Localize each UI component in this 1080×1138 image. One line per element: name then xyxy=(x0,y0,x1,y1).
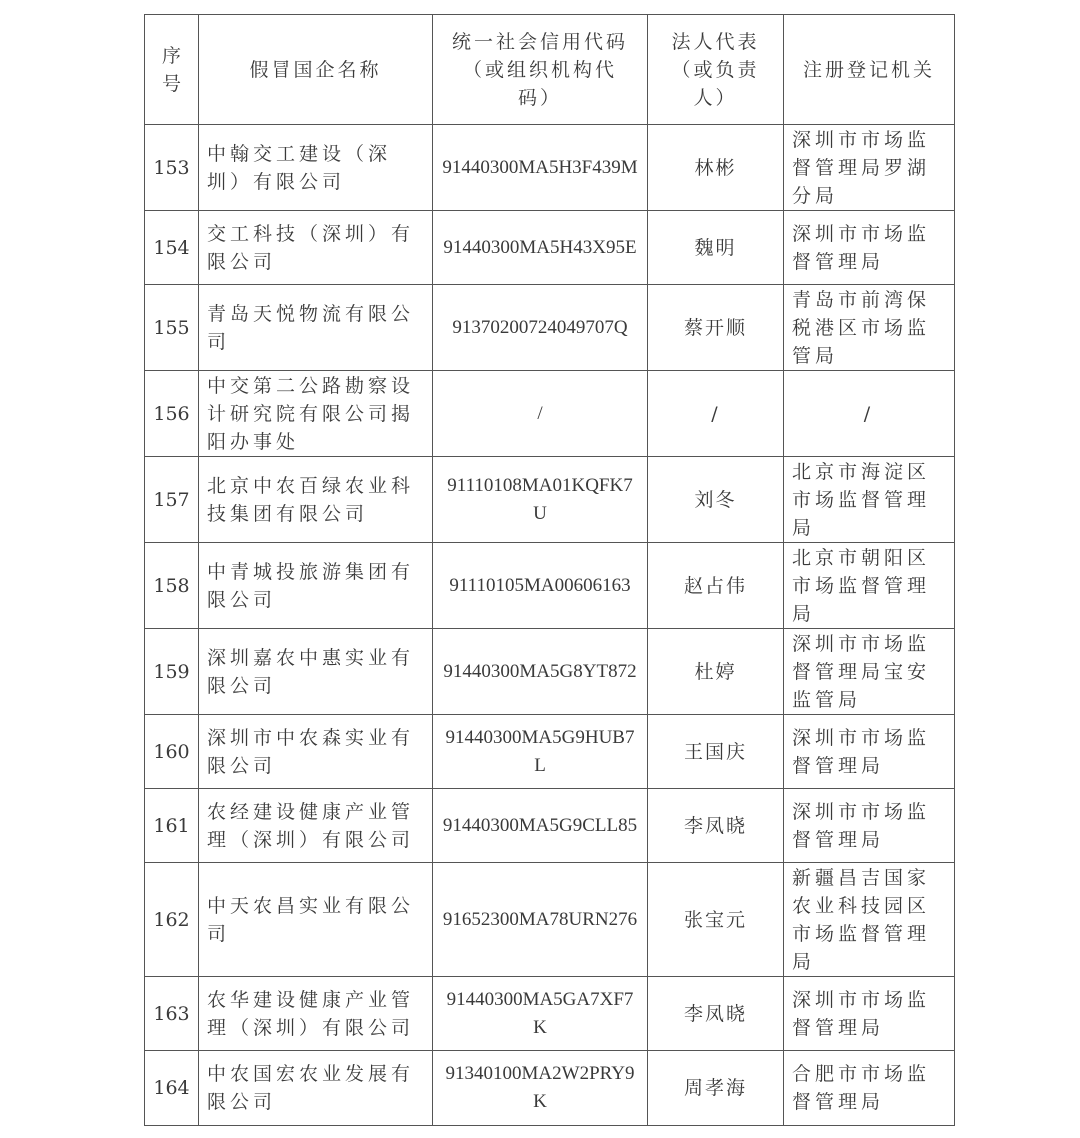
table-row: 161 农经建设健康产业管理（深圳）有限公司 91440300MA5G9CLL8… xyxy=(145,789,955,863)
legal-rep: 周孝海 xyxy=(648,1051,784,1126)
company-name: 中交第二公路勘察设计研究院有限公司揭阳办事处 xyxy=(199,371,433,457)
credit-code: 91440300MA5G9HUB7L xyxy=(433,715,648,789)
row-number: 154 xyxy=(145,211,199,285)
row-number: 153 xyxy=(145,125,199,211)
header-serial-number: 序号 xyxy=(145,15,199,125)
table-header-row: 序号 假冒国企名称 统一社会信用代码（或组织机构代码） 法人代表（或负责人） 注… xyxy=(145,15,955,125)
credit-code: 91440300MA5H3F439M xyxy=(433,125,648,211)
registration-authority: 青岛市前湾保税港区市场监管局 xyxy=(784,285,955,371)
legal-rep: 张宝元 xyxy=(648,863,784,977)
company-name: 青岛天悦物流有限公司 xyxy=(199,285,433,371)
registration-authority: 北京市朝阳区市场监督管理局 xyxy=(784,543,955,629)
legal-rep: 林彬 xyxy=(648,125,784,211)
table-row: 155 青岛天悦物流有限公司 91370200724049707Q 蔡开顺 青岛… xyxy=(145,285,955,371)
company-name: 交工科技（深圳）有限公司 xyxy=(199,211,433,285)
counterfeit-soe-table: 序号 假冒国企名称 统一社会信用代码（或组织机构代码） 法人代表（或负责人） 注… xyxy=(144,14,955,1126)
registration-authority: 深圳市市场监督管理局 xyxy=(784,211,955,285)
registration-authority: / xyxy=(784,371,955,457)
table-row: 163 农华建设健康产业管理（深圳）有限公司 91440300MA5GA7XF7… xyxy=(145,977,955,1051)
company-name: 深圳嘉农中惠实业有限公司 xyxy=(199,629,433,715)
registration-authority: 北京市海淀区市场监督管理局 xyxy=(784,457,955,543)
company-name: 北京中农百绿农业科技集团有限公司 xyxy=(199,457,433,543)
company-name: 中农国宏农业发展有限公司 xyxy=(199,1051,433,1126)
registration-authority: 深圳市市场监督管理局罗湖分局 xyxy=(784,125,955,211)
table-row: 158 中青城投旅游集团有限公司 91110105MA00606163 赵占伟 … xyxy=(145,543,955,629)
legal-rep: 蔡开顺 xyxy=(648,285,784,371)
registration-authority: 合肥市市场监督管理局 xyxy=(784,1051,955,1126)
credit-code: 91440300MA5G8YT872 xyxy=(433,629,648,715)
row-number: 160 xyxy=(145,715,199,789)
credit-code: 91440300MA5GA7XF7K xyxy=(433,977,648,1051)
row-number: 155 xyxy=(145,285,199,371)
table-row: 160 深圳市中农森实业有限公司 91440300MA5G9HUB7L 王国庆 … xyxy=(145,715,955,789)
company-name: 中天农昌实业有限公司 xyxy=(199,863,433,977)
credit-code: 91110108MA01KQFK7U xyxy=(433,457,648,543)
company-name: 深圳市中农森实业有限公司 xyxy=(199,715,433,789)
row-number: 163 xyxy=(145,977,199,1051)
row-number: 158 xyxy=(145,543,199,629)
company-name: 中翰交工建设（深圳）有限公司 xyxy=(199,125,433,211)
table-row: 162 中天农昌实业有限公司 91652300MA78URN276 张宝元 新疆… xyxy=(145,863,955,977)
legal-rep: 李凤晓 xyxy=(648,789,784,863)
credit-code: 91370200724049707Q xyxy=(433,285,648,371)
row-number: 162 xyxy=(145,863,199,977)
legal-rep: 李凤晓 xyxy=(648,977,784,1051)
row-number: 159 xyxy=(145,629,199,715)
row-number: 161 xyxy=(145,789,199,863)
credit-code: / xyxy=(433,371,648,457)
registration-authority: 深圳市市场监督管理局宝安监管局 xyxy=(784,629,955,715)
row-number: 164 xyxy=(145,1051,199,1126)
table-row: 154 交工科技（深圳）有限公司 91440300MA5H43X95E 魏明 深… xyxy=(145,211,955,285)
header-credit-code: 统一社会信用代码（或组织机构代码） xyxy=(433,15,648,125)
row-number: 157 xyxy=(145,457,199,543)
registration-authority: 新疆昌吉国家农业科技园区市场监督管理局 xyxy=(784,863,955,977)
header-legal-rep: 法人代表（或负责人） xyxy=(648,15,784,125)
header-registration-authority: 注册登记机关 xyxy=(784,15,955,125)
row-number: 156 xyxy=(145,371,199,457)
table-row: 159 深圳嘉农中惠实业有限公司 91440300MA5G8YT872 杜婷 深… xyxy=(145,629,955,715)
credit-code: 91652300MA78URN276 xyxy=(433,863,648,977)
credit-code: 91440300MA5G9CLL85 xyxy=(433,789,648,863)
header-company-name: 假冒国企名称 xyxy=(199,15,433,125)
registration-authority: 深圳市市场监督管理局 xyxy=(784,715,955,789)
company-name: 农华建设健康产业管理（深圳）有限公司 xyxy=(199,977,433,1051)
legal-rep: 刘冬 xyxy=(648,457,784,543)
legal-rep: / xyxy=(648,371,784,457)
table-row: 156 中交第二公路勘察设计研究院有限公司揭阳办事处 / / / xyxy=(145,371,955,457)
credit-code: 91110105MA00606163 xyxy=(433,543,648,629)
legal-rep: 魏明 xyxy=(648,211,784,285)
registration-authority: 深圳市市场监督管理局 xyxy=(784,977,955,1051)
company-name: 农经建设健康产业管理（深圳）有限公司 xyxy=(199,789,433,863)
legal-rep: 杜婷 xyxy=(648,629,784,715)
registration-authority: 深圳市市场监督管理局 xyxy=(784,789,955,863)
credit-code: 91340100MA2W2PRY9K xyxy=(433,1051,648,1126)
table-row: 153 中翰交工建设（深圳）有限公司 91440300MA5H3F439M 林彬… xyxy=(145,125,955,211)
company-name: 中青城投旅游集团有限公司 xyxy=(199,543,433,629)
legal-rep: 王国庆 xyxy=(648,715,784,789)
table-row: 157 北京中农百绿农业科技集团有限公司 91110108MA01KQFK7U … xyxy=(145,457,955,543)
legal-rep: 赵占伟 xyxy=(648,543,784,629)
table-row: 164 中农国宏农业发展有限公司 91340100MA2W2PRY9K 周孝海 … xyxy=(145,1051,955,1126)
credit-code: 91440300MA5H43X95E xyxy=(433,211,648,285)
